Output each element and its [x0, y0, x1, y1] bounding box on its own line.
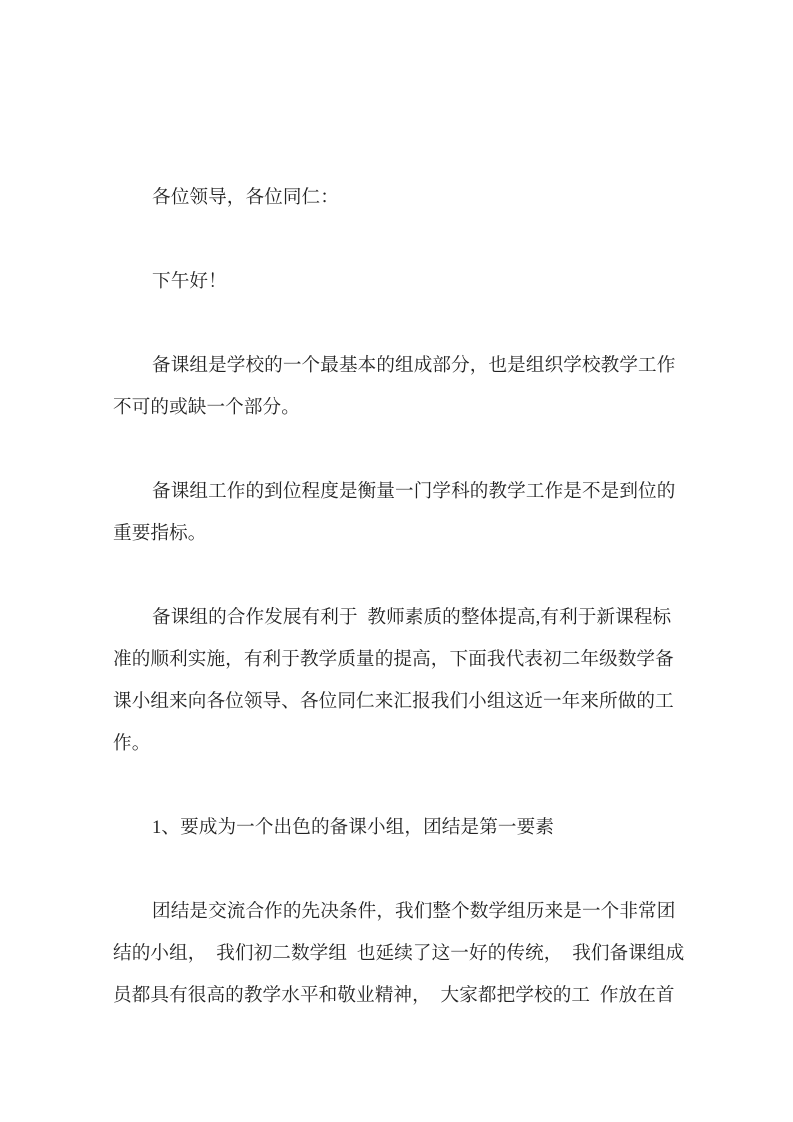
document-page: 各位领导，各位同仁： 下午好！ 备课组是学校的一个最基本的组成部分，也是组织学校… [0, 0, 793, 1122]
greeting-line: 下午好！ [113, 261, 715, 303]
body-paragraph-2: 备课组工作的到位程度是衡量一门学科的教学工作是不是到位的 重要指标。 [113, 471, 715, 555]
body-paragraph-4: 团结是交流合作的先决条件，我们整个数学组历来是一个非常团 结的小组， 我们初二数… [113, 891, 715, 1017]
salutation-line: 各位领导，各位同仁： [113, 177, 715, 219]
body-paragraph-3: 备课组的合作发展有利于 教师素质的整体提高,有利于新课程标 准的顺利实施，有利于… [113, 597, 715, 765]
section-heading-1: 1、要成为一个出色的备课小组，团结是第一要素 [113, 807, 715, 849]
body-paragraph-1: 备课组是学校的一个最基本的组成部分，也是组织学校教学工作 不可的或缺一个部分。 [113, 345, 715, 429]
